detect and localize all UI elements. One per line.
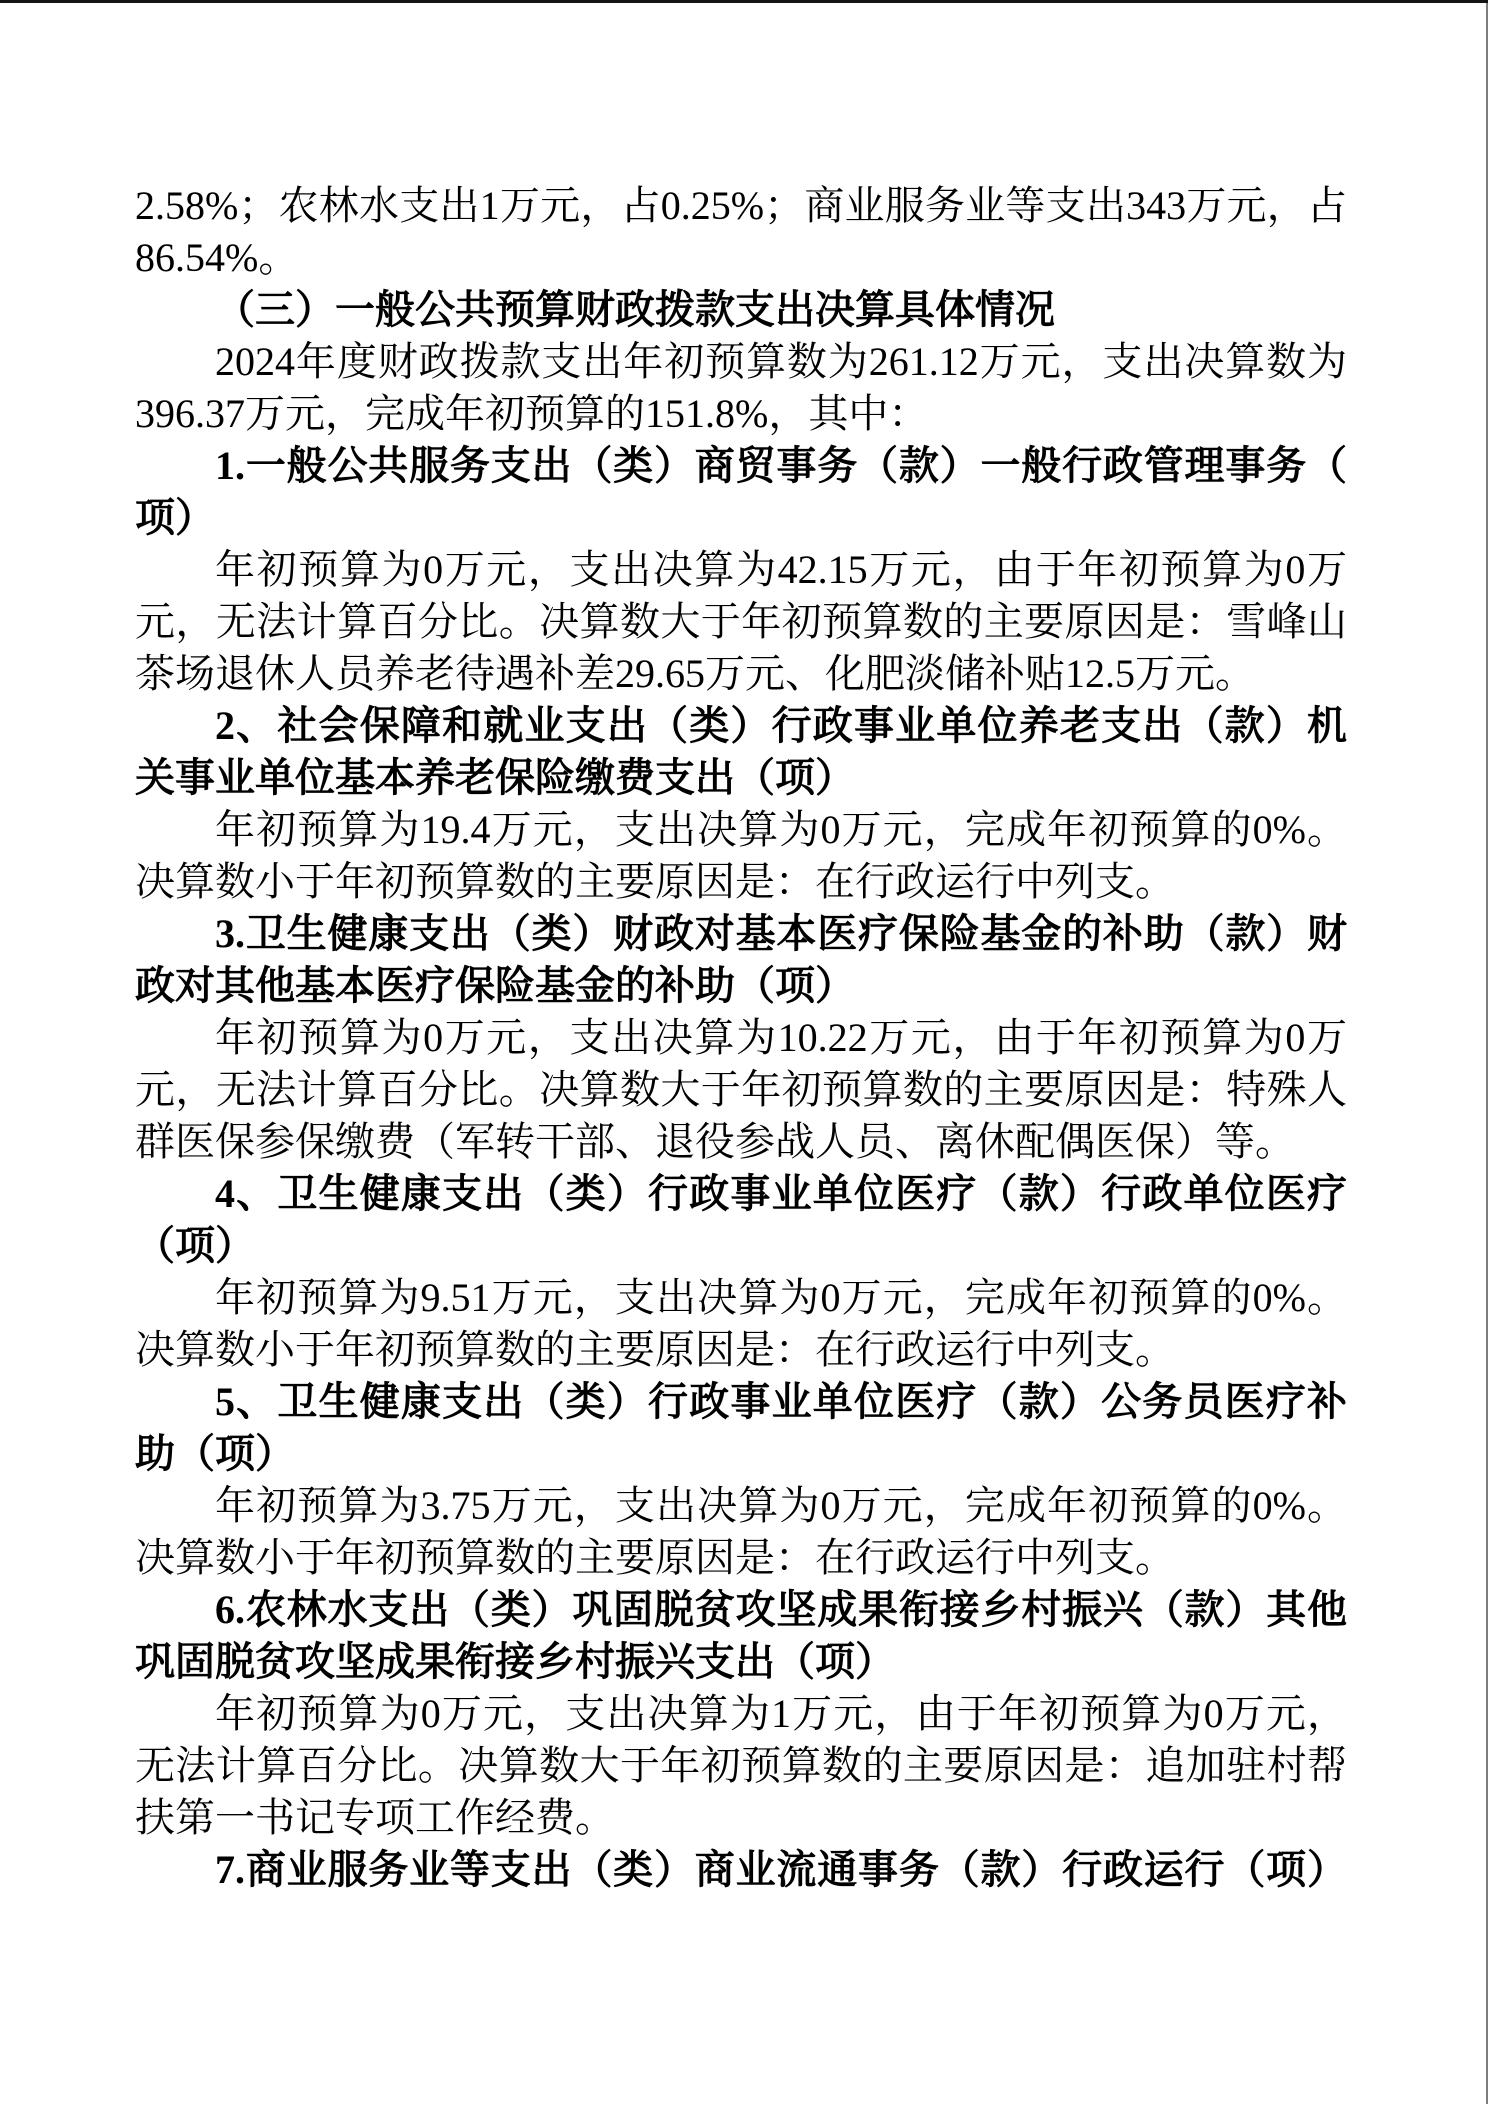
text-line: 年初预算为19.4万元，支出决算为0万元，完成年初预算的0%。 [135,804,1347,856]
text-line: 6.农林水支出（类）巩固脱贫攻坚成果衔接乡村振兴（款）其他 [135,1584,1347,1636]
text-line: 项） [135,492,1347,544]
text-line: 政对其他基本医疗保险基金的补助（项） [135,960,1347,1012]
text-line: 茶场退休人员养老待遇补差29.65万元、化肥淡储补贴12.5万元。 [135,648,1347,700]
document-page: 2.58%；农林水支出1万元，占0.25%；商业服务业等支出343万元，占86.… [0,0,1488,2104]
text-line: 86.54%。 [135,232,1347,284]
text-line: （项） [135,1220,1347,1272]
page-top-edge [0,0,1488,3]
text-line: 年初预算为0万元，支出决算为10.22万元，由于年初预算为0万 [135,1012,1347,1064]
text-line: 2、社会保障和就业支出（类）行政事业单位养老支出（款）机 [135,700,1347,752]
text-line: 年初预算为0万元，支出决算为1万元，由于年初预算为0万元， [135,1688,1347,1740]
text-line: 元，无法计算百分比。决算数大于年初预算数的主要原因是：特殊人 [135,1064,1347,1116]
text-line: 扶第一书记专项工作经费。 [135,1792,1347,1844]
text-line: 4、卫生健康支出（类）行政事业单位医疗（款）行政单位医疗 [135,1168,1347,1220]
text-line: 2.58%；农林水支出1万元，占0.25%；商业服务业等支出343万元，占 [135,180,1347,232]
text-line: 巩固脱贫攻坚成果衔接乡村振兴支出（项） [135,1636,1347,1688]
text-line: （三）一般公共预算财政拨款支出决算具体情况 [135,284,1347,336]
document-body: 2.58%；农林水支出1万元，占0.25%；商业服务业等支出343万元，占86.… [135,180,1347,1896]
text-line: 无法计算百分比。决算数大于年初预算数的主要原因是：追加驻村帮 [135,1740,1347,1792]
text-line: 元，无法计算百分比。决算数大于年初预算数的主要原因是：雪峰山 [135,596,1347,648]
text-line: 3.卫生健康支出（类）财政对基本医疗保险基金的补助（款）财 [135,908,1347,960]
text-line: 年初预算为9.51万元，支出决算为0万元，完成年初预算的0%。 [135,1272,1347,1324]
text-line: 2024年度财政拨款支出年初预算数为261.12万元，支出决算数为 [135,336,1347,388]
text-line: 年初预算为3.75万元，支出决算为0万元，完成年初预算的0%。 [135,1480,1347,1532]
text-line: 助（项） [135,1428,1347,1480]
text-line: 关事业单位基本养老保险缴费支出（项） [135,752,1347,804]
text-line: 决算数小于年初预算数的主要原因是：在行政运行中列支。 [135,1324,1347,1376]
text-line: 决算数小于年初预算数的主要原因是：在行政运行中列支。 [135,1532,1347,1584]
text-line: 7.商业服务业等支出（类）商业流通事务（款）行政运行（项） [135,1844,1347,1896]
text-line: 决算数小于年初预算数的主要原因是：在行政运行中列支。 [135,856,1347,908]
text-line: 5、卫生健康支出（类）行政事业单位医疗（款）公务员医疗补 [135,1376,1347,1428]
text-line: 年初预算为0万元，支出决算为42.15万元，由于年初预算为0万 [135,544,1347,596]
text-line: 396.37万元，完成年初预算的151.8%，其中： [135,388,1347,440]
text-line: 1.一般公共服务支出（类）商贸事务（款）一般行政管理事务（ [135,440,1347,492]
text-line: 群医保参保缴费（军转干部、退役参战人员、离休配偶医保）等。 [135,1116,1347,1168]
